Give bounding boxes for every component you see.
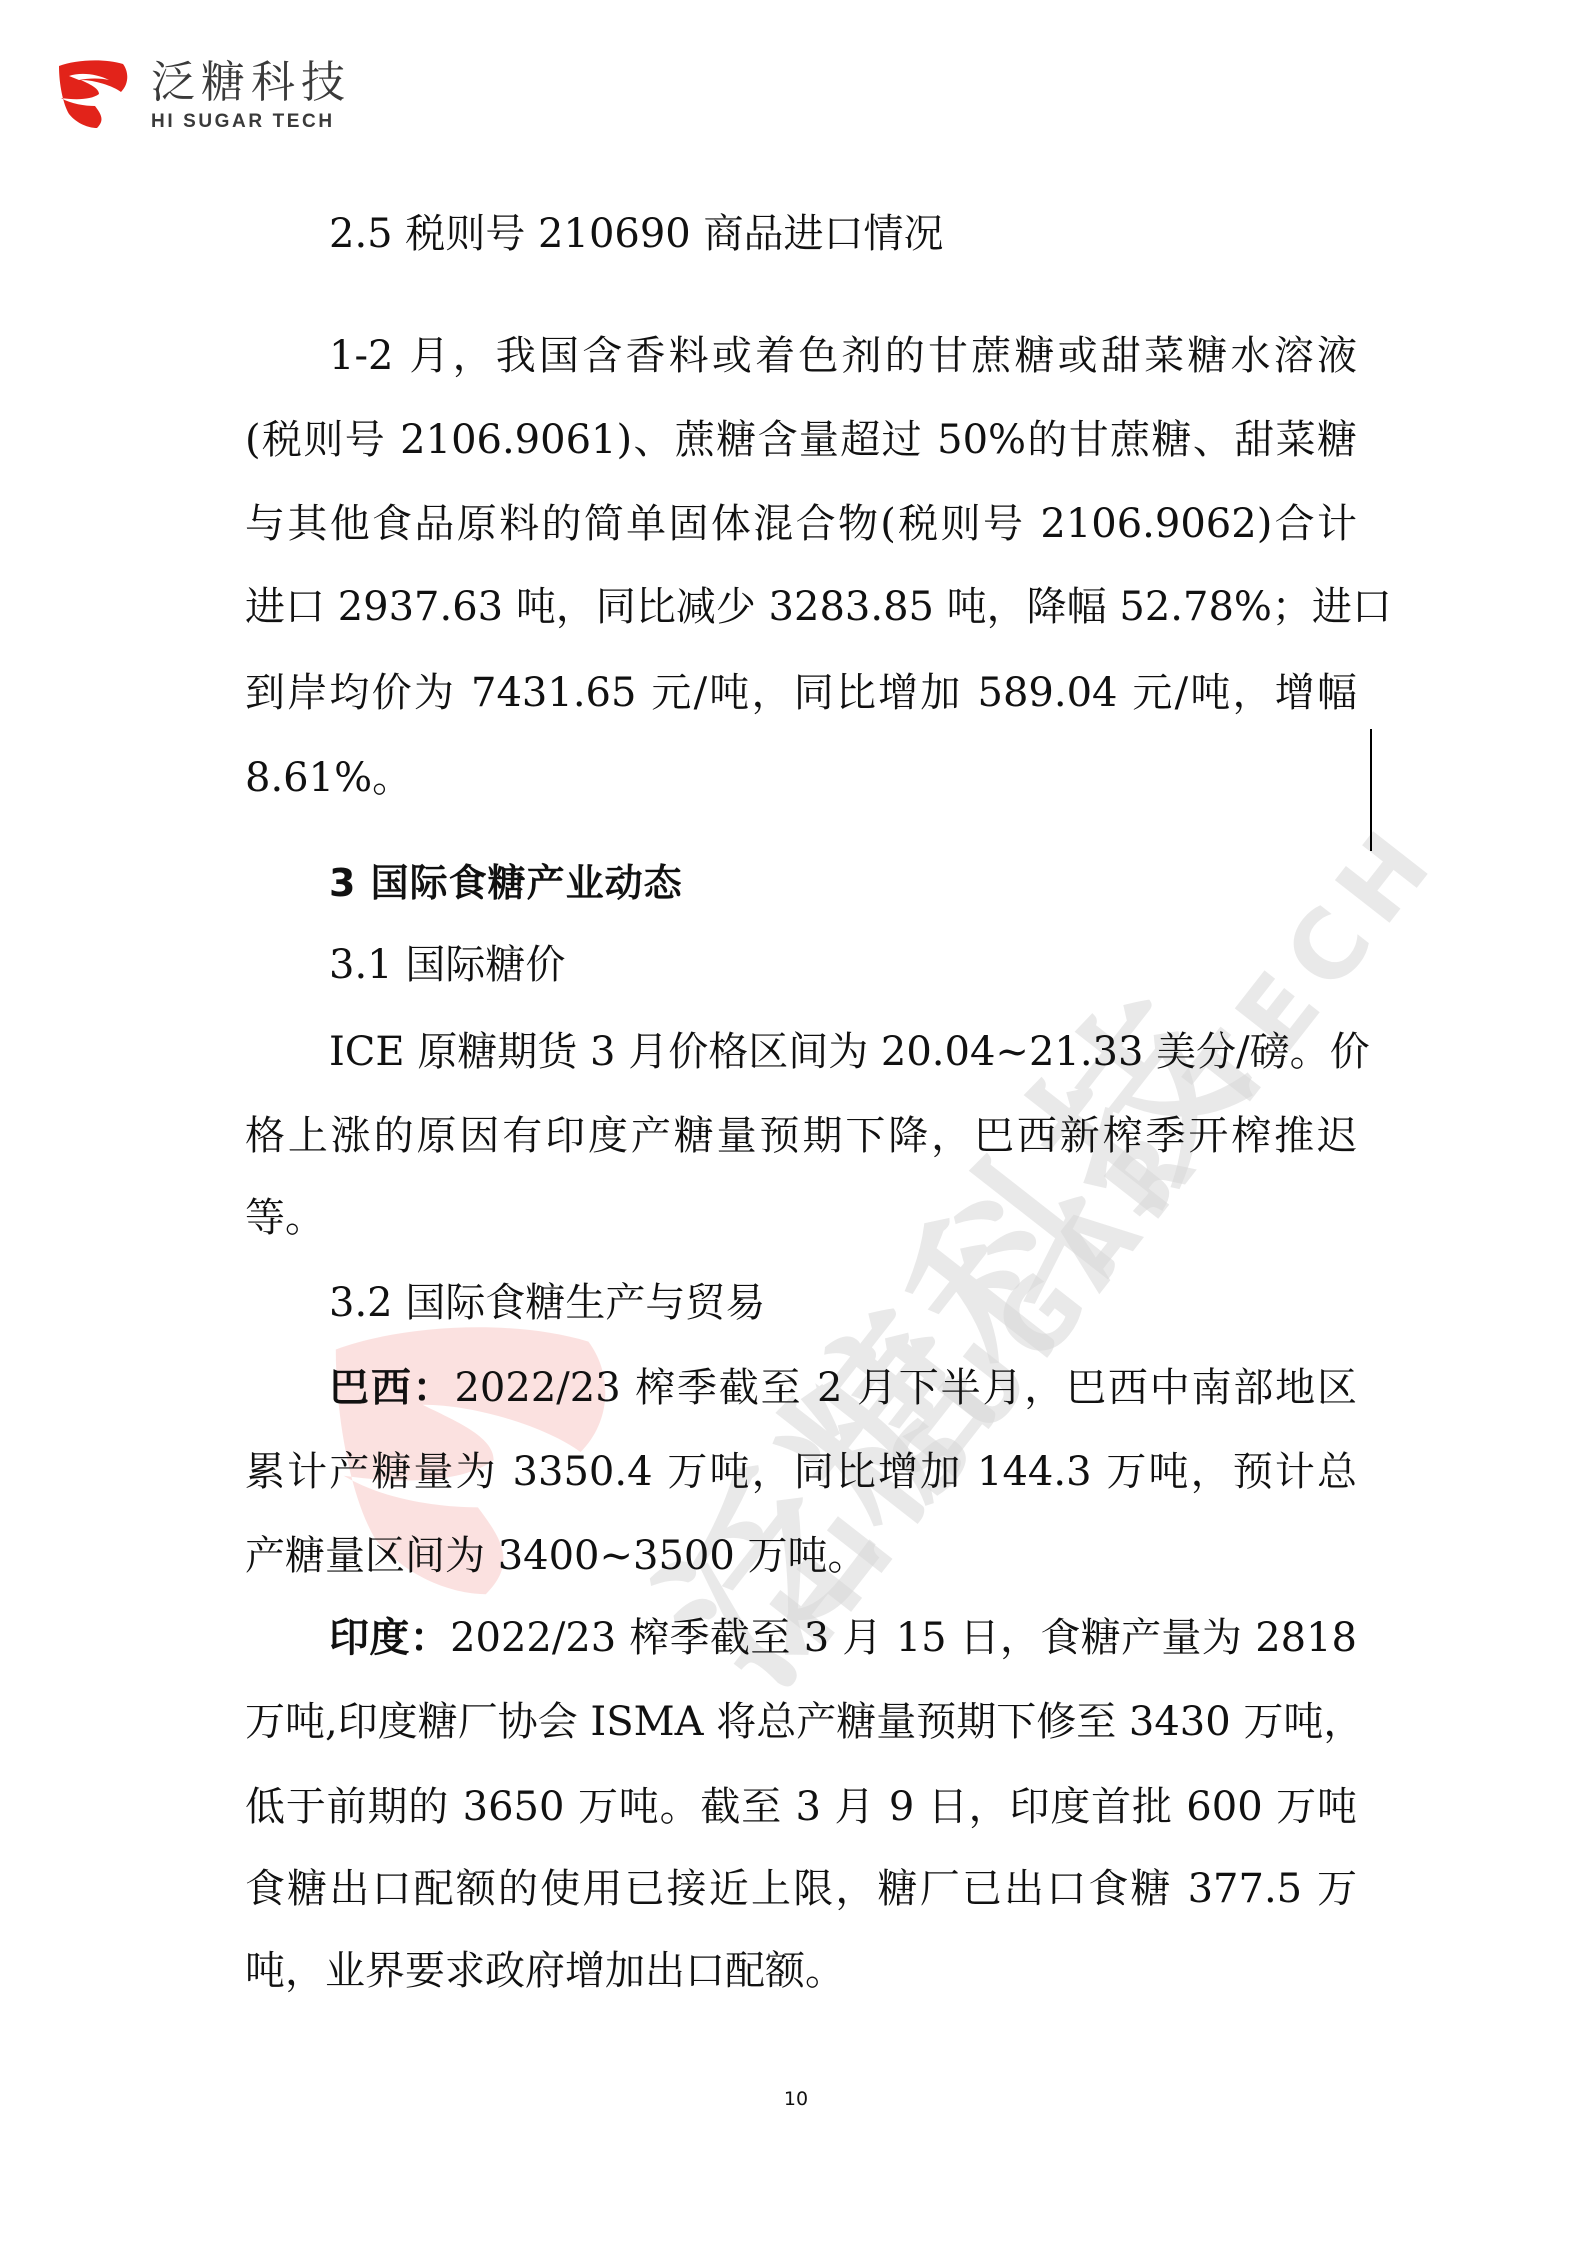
india-label: 印度： [329,1614,450,1661]
paragraph-line: 累计产糖量为 3350.4 万吨，同比增加 144.3 万吨，预计总 [245,1442,1357,1502]
paragraph-line: 到岸均价为 7431.65 元/吨，同比增加 589.04 元/吨，增幅 [245,663,1357,723]
brazil-first-line: 2022/23 榨季截至 2 月下半月，巴西中南部地区 [454,1365,1357,1411]
margin-change-bar [1370,729,1372,851]
india-paragraph-line: 印度：2022/23 榨季截至 3 月 15 日，食糖产量为 2818 [245,1608,1357,1668]
section-3-2-heading: 3.2 国际食糖生产与贸易 [329,1273,765,1333]
paragraph-line: 格上涨的原因有印度产糖量预期下降，巴西新榨季开榨推迟 [245,1106,1357,1166]
section-2-5-heading: 2.5 税则号 210690 商品进口情况 [329,204,943,264]
brazil-label: 巴西： [329,1364,454,1411]
logo-chinese-name: 泛糖科技 [151,58,351,108]
paragraph-line: (税则号 2106.9061)、蔗糖含量超过 50%的甘蔗糖、甜菜糖 [245,410,1357,470]
paragraph-line: 等。 [245,1188,1357,1248]
paragraph-line: 进口 2937.63 吨，同比减少 3283.85 吨，降幅 52.78%；进口 [245,577,1357,637]
section-3-1-heading: 3.1 国际糖价 [329,935,565,995]
paragraph-line: 与其他食品原料的简单固体混合物(税则号 2106.9062)合计 [245,494,1357,554]
paragraph-line: 吨，业界要求政府增加出口配额。 [245,1941,1357,2001]
section-3-heading: 3 国际食糖产业动态 [329,853,683,913]
paragraph-line: 食糖出口配额的使用已接近上限，糖厂已出口食糖 377.5 万 [245,1859,1357,1919]
brazil-paragraph-line: 巴西：2022/23 榨季截至 2 月下半月，巴西中南部地区 [245,1358,1357,1418]
company-logo: 泛糖科技 HI SUGAR TECH [55,58,375,134]
paragraph-line: 万吨,印度糖厂协会 ISMA 将总产糖量预期下修至 3430 万吨， [245,1692,1357,1752]
india-first-line: 2022/23 榨季截至 3 月 15 日，食糖产量为 2818 [450,1615,1357,1661]
paragraph-line: 8.61%。 [245,748,1357,808]
hi-sugar-shield-icon [55,58,131,130]
paragraph-line: 1-2 月，我国含香料或着色剂的甘蔗糖或甜菜糖水溶液 [245,326,1357,386]
paragraph-line: 产糖量区间为 3400~3500 万吨。 [245,1526,1357,1586]
paragraph-line: 低于前期的 3650 万吨。截至 3 月 9 日，印度首批 600 万吨 [245,1777,1357,1837]
paragraph-line: ICE 原糖期货 3 月价格区间为 20.04~21.33 美分/磅。价 [245,1022,1357,1082]
logo-english-name: HI SUGAR TECH [151,111,335,133]
page-number: 10 [780,2088,812,2110]
